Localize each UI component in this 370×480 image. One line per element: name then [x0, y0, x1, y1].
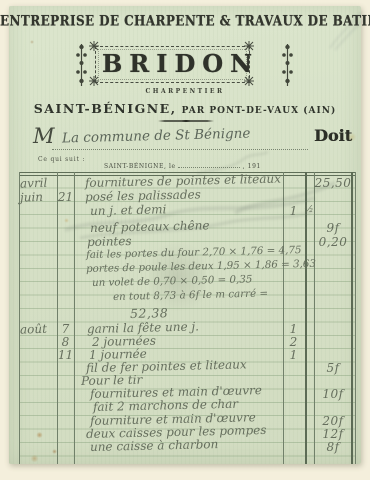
- stain-mark: [30, 455, 39, 462]
- ledger-quantity: 2: [283, 335, 304, 349]
- ledger-month: [20, 305, 57, 306]
- stain-mark: [64, 218, 69, 223]
- ledger-month: [20, 373, 57, 374]
- ledger-month: juin: [20, 189, 57, 204]
- ledger-row: 8 2 journées 2: [0, 335, 370, 349]
- ledger-month: [20, 276, 57, 277]
- ledger-month: [20, 290, 57, 291]
- date-prefix: SAINT-BÉNIGNE, le: [104, 163, 176, 170]
- bleed-through-marks-icon: [230, 178, 340, 218]
- city-name: SAINT-BÉNIGNE,: [34, 101, 177, 116]
- corner-ornament-icon: [243, 40, 255, 52]
- stain-mark: [347, 133, 357, 141]
- ledger-day: 11: [57, 348, 74, 362]
- letterhead-tagline: ENTREPRISE DE CHARPENTE & TRAVAUX DE BAT…: [0, 13, 370, 30]
- ledger-month: [20, 248, 57, 249]
- ledger-month: [20, 203, 57, 204]
- ledger-month: [20, 334, 57, 335]
- address-line: SAINT-BÉNIGNE, PAR PONT-DE-VAUX (AIN): [0, 98, 370, 117]
- company-name: BRIDON: [95, 46, 248, 81]
- ledger-month: [20, 262, 57, 263]
- ledger-amount: 20f: [314, 414, 352, 428]
- ledger-day: 7: [57, 322, 74, 336]
- stain-mark: [30, 40, 34, 44]
- ledger-amount: 5f: [314, 361, 352, 375]
- fleuron-right-icon: [280, 42, 295, 88]
- ledger-month: [20, 413, 57, 414]
- ledger-row: août 7 garni la fête une j. 1: [0, 322, 370, 336]
- ledger-quantity: 1: [283, 322, 304, 336]
- scanned-invoice: ENTREPRISE DE CHARPENTE & TRAVAUX DE BAT…: [0, 0, 370, 480]
- ledger-month: [20, 439, 57, 440]
- ledger-amount: 10f: [314, 387, 352, 401]
- ledger-month: [20, 347, 57, 348]
- ledger-month: [20, 399, 57, 400]
- stain-mark: [36, 432, 43, 438]
- ledger-amount: 8f: [314, 440, 352, 454]
- profession-label: CHARPENTIER: [0, 88, 370, 95]
- corner-ornament-icon: [243, 75, 255, 87]
- pencil-smudge-icon: [325, 8, 365, 53]
- ledger-amount: 12f: [314, 427, 352, 441]
- ledger-row: fil de fer pointes et liteaux 5f: [0, 361, 370, 375]
- stain-mark: [150, 235, 205, 320]
- corner-ornament-icon: [88, 75, 100, 87]
- header-divider: [158, 120, 214, 122]
- ledger-month: [20, 360, 57, 361]
- ledger-quantity: 1: [283, 348, 304, 362]
- ledger-month: [20, 386, 57, 387]
- corner-ornament-icon: [88, 40, 100, 52]
- ledger-month: [20, 234, 57, 235]
- ledger-description: une caisse à charbon: [90, 437, 219, 454]
- fleuron-left-icon: [74, 42, 89, 88]
- ce-qui-suit-label: Ce qui suit :: [38, 156, 85, 163]
- ledger-month: [20, 220, 57, 221]
- ledger-month: [20, 426, 57, 427]
- stain-mark: [52, 449, 57, 454]
- city-suffix: PAR PONT-DE-VAUX (AIN): [182, 106, 337, 116]
- ledger-month: avril: [20, 175, 57, 190]
- ledger-day: 8: [57, 335, 74, 349]
